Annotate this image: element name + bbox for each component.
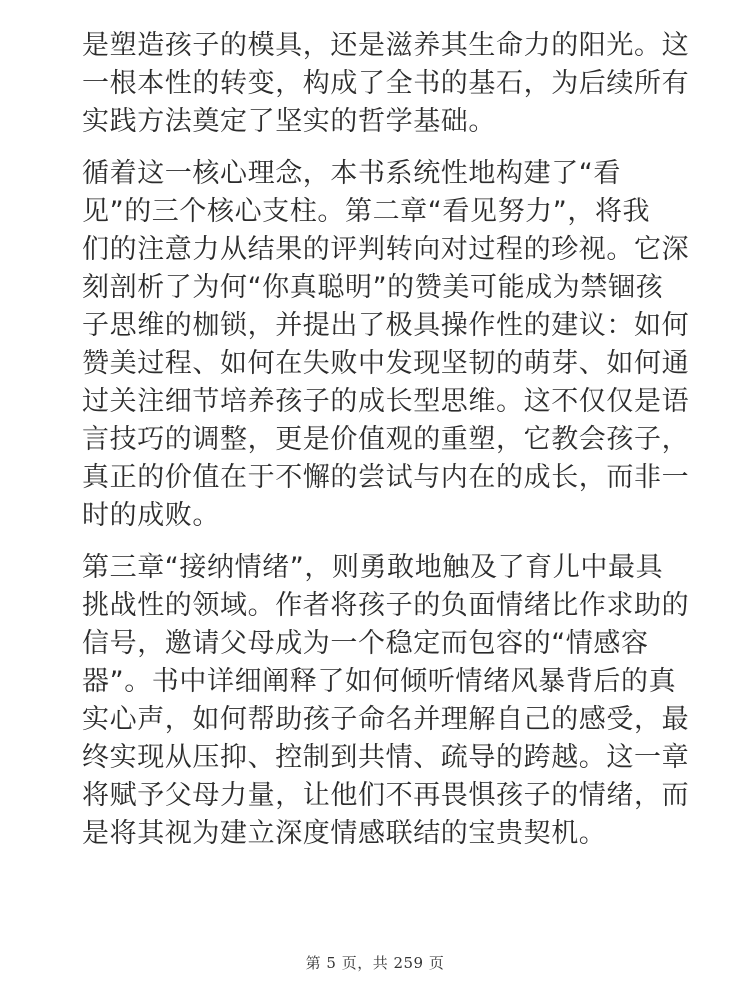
text-line: 赞美过程、如何在失败中发现坚韧的萌芽、如何通 bbox=[82, 345, 678, 383]
text-line: 第三章“接纳情绪”，则勇敢地触及了育儿中最具 bbox=[82, 549, 678, 587]
text-line: 真正的价值在于不懈的尝试与内在的成长，而非一 bbox=[82, 459, 678, 497]
text-line: 时的成败。 bbox=[82, 497, 678, 535]
text-line: 实心声，如何帮助孩子命名并理解自己的感受，最 bbox=[82, 701, 678, 739]
text-line: 是将其视为建立深度情感联结的宝贵契机。 bbox=[82, 815, 678, 853]
text-line: 将赋予父母力量，让他们不再畏惧孩子的情绪，而 bbox=[82, 777, 678, 815]
text-line: 见”的三个核心支柱。第二章“看见努力”，将我 bbox=[82, 193, 678, 231]
text-line: 过关注细节培养孩子的成长型思维。这不仅仅是语 bbox=[82, 383, 678, 421]
text-line: 信号，邀请父母成为一个稳定而包容的“情感容 bbox=[82, 625, 678, 663]
paragraph-3: 第三章“接纳情绪”，则勇敢地触及了育儿中最具 挑战性的领域。作者将孩子的负面情绪… bbox=[82, 549, 678, 853]
text-line: 是塑造孩子的模具，还是滋养其生命力的阳光。这 bbox=[82, 27, 678, 65]
text-line: 言技巧的调整，更是价值观的重塑，它教会孩子， bbox=[82, 421, 678, 459]
paragraph-1: 是塑造孩子的模具，还是滋养其生命力的阳光。这 一根本性的转变，构成了全书的基石，… bbox=[82, 27, 678, 141]
text-line: 循着这一核心理念，本书系统性地构建了“看 bbox=[82, 155, 678, 193]
text-line: 器”。书中详细阐释了如何倾听情绪风暴背后的真 bbox=[82, 663, 678, 701]
text-line: 们的注意力从结果的评判转向对过程的珍视。它深 bbox=[82, 231, 678, 269]
text-line: 子思维的枷锁，并提出了极具操作性的建议：如何 bbox=[82, 307, 678, 345]
document-page: 是塑造孩子的模具，还是滋养其生命力的阳光。这 一根本性的转变，构成了全书的基石，… bbox=[82, 27, 678, 867]
text-line: 终实现从压抑、控制到共情、疏导的跨越。这一章 bbox=[82, 739, 678, 777]
text-line: 实践方法奠定了坚实的哲学基础。 bbox=[82, 103, 678, 141]
text-line: 刻剖析了为何“你真聪明”的赞美可能成为禁锢孩 bbox=[82, 269, 678, 307]
page-indicator: 第 5 页，共 259 页 bbox=[0, 952, 750, 973]
text-line: 一根本性的转变，构成了全书的基石，为后续所有 bbox=[82, 65, 678, 103]
text-line: 挑战性的领域。作者将孩子的负面情绪比作求助的 bbox=[82, 587, 678, 625]
paragraph-2: 循着这一核心理念，本书系统性地构建了“看 见”的三个核心支柱。第二章“看见努力”… bbox=[82, 155, 678, 535]
